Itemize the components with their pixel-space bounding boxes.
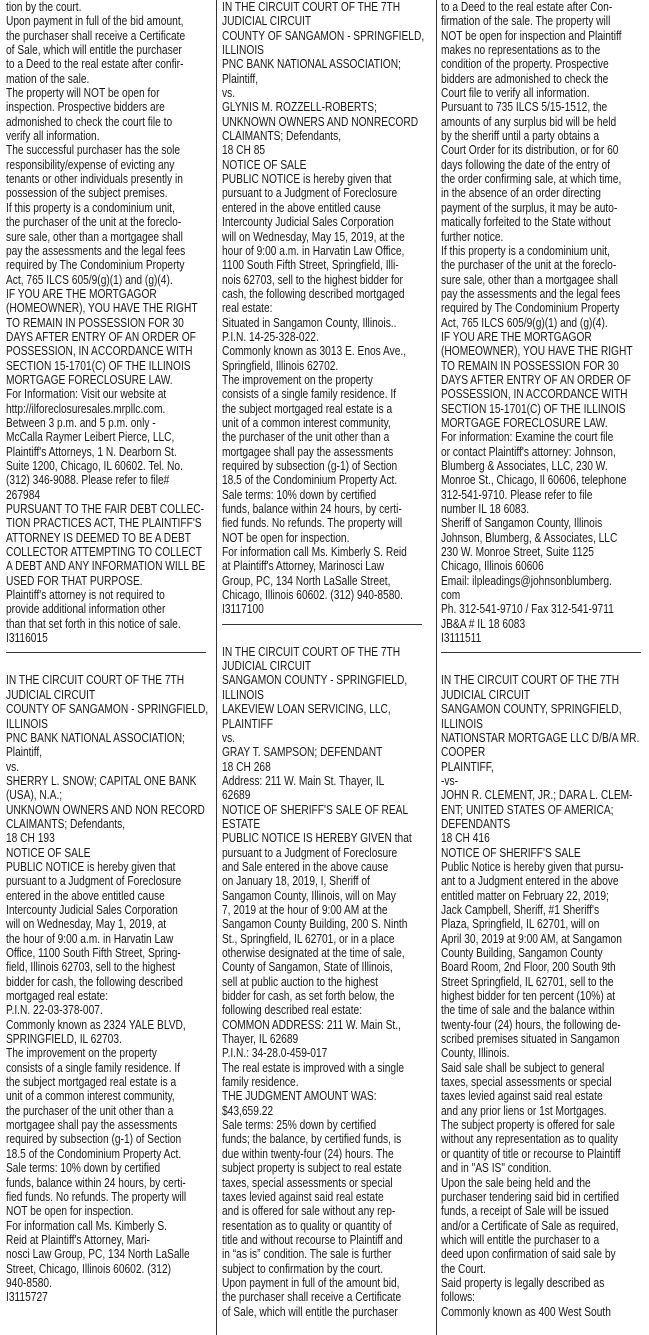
notice-text-line: PUBLIC NOTICE is hereby given that <box>222 172 425 186</box>
notice-text-line: Springfield, Illinois 62702. <box>222 359 425 373</box>
notice-text-line: ILLINOIS <box>222 43 425 57</box>
notice-text-line: fied funds. No refunds. The property wil… <box>6 1190 209 1204</box>
notice-text-line: Sale terms: 10% down by certified <box>222 488 425 502</box>
notice-text-line: Sangamon County, Illinois, will on May <box>222 889 425 903</box>
notice-text-line: THE JUDGMENT AMOUNT WAS: <box>222 1089 425 1103</box>
notice-text-line: JUDICIAL CIRCUIT <box>6 688 209 702</box>
notice-text-line: ant to a Judgment entered in the above <box>441 874 644 888</box>
notice-text-line: 312-541-9710. Please refer to file <box>441 488 644 502</box>
notice-text-line: mortgaged real estate: <box>6 989 209 1003</box>
column-2: IN THE CIRCUIT COURT OF THE 7THJUDICIAL … <box>222 0 428 1335</box>
notice-text-line: (HOMEOWNER), YOU HAVE THE RIGHT <box>441 344 644 358</box>
notice-text-line: If this property is a condominium unit, <box>6 201 209 215</box>
notice-text-line: funds; the balance, by certified funds, … <box>222 1132 425 1146</box>
notice-text-line: IF YOU ARE THE MORTGAGOR <box>441 330 644 344</box>
notice-text-line: firmation of the sale. The property will <box>441 14 644 28</box>
notice-text-line: mortgagee shall pay the assessments <box>6 1118 209 1132</box>
notice-text-line: Commonly known as 2324 YALE BLVD, <box>6 1018 209 1032</box>
notice-text-line: makes no representations as to the <box>441 43 644 57</box>
notice-text-line: admonished to check the court file to <box>6 115 209 129</box>
notice-text-line: taxes, special assessments or special <box>222 1176 425 1190</box>
notice-text-line: at Plaintiff's Attorney, Marinosci Law <box>222 559 425 573</box>
notice-text-line: County of Sangamon, State of Illinois, <box>222 960 425 974</box>
notice-text-line: IN THE CIRCUIT COURT OF THE 7TH <box>441 673 644 687</box>
legal-notices-page: tion by the court.Upon payment in full o… <box>0 0 649 1335</box>
notice-text-line: I3117100 <box>222 602 425 616</box>
notice-text-line: COLLECTOR ATTEMPTING TO COLLECT <box>6 545 209 559</box>
notice-text-line: taxes levied against said real estate <box>222 1190 425 1204</box>
notice-text-line: highest bidder for ten percent (10%) at <box>441 989 644 1003</box>
notice-text-line: Sheriff of Sangamon County, Illinois <box>441 516 644 530</box>
notice-text-line: Suite 1200, Chicago, IL 60602. Tel. No. <box>6 459 209 473</box>
notice-text-line: CLAIMANTS; Defendants, <box>6 817 209 831</box>
notice-text-line: 18 CH 416 <box>441 831 644 845</box>
notice-text-line: which will entitle the purchaser to a <box>441 1233 644 1247</box>
notice-text-line: (USA), N.A.; <box>6 788 209 802</box>
notice-text-line: CLAIMANTS; Defendants, <box>222 129 425 143</box>
notice-text-line: vs. <box>222 731 425 745</box>
notice-text-line: the order confirming sale, at which time… <box>441 172 644 186</box>
notice-text-line: taxes levied against said real estate <box>441 1089 644 1103</box>
notice-text-line: consists of a single family residence. I… <box>222 387 425 401</box>
notice-text-line: Upon payment in full of the amount bid, <box>222 1276 425 1290</box>
notice-text-line: http://ilforeclosuresales.mrpllc.com. <box>6 402 209 416</box>
notice-text-line: Street, Chicago, Illinois 60602. (312) <box>6 1262 209 1276</box>
notice-text-line: St., Springfield, IL 62701, or in a plac… <box>222 932 425 946</box>
notice-text-line: P.I.N. 22-03-378-007. <box>6 1003 209 1017</box>
notice-text-line: Plaintiff's attorney is not required to <box>6 588 209 602</box>
notice-text-line: mortgagee shall pay the assessments <box>222 445 425 459</box>
notice-text-line: JUDICIAL CIRCUIT <box>222 659 425 673</box>
notice-text-line: subject property is subject to real esta… <box>222 1161 425 1175</box>
notice-text-line: Commonly known as 3013 E. Enos Ave., <box>222 344 425 358</box>
notice-text-line: IF YOU ARE THE MORTGAGOR <box>6 287 209 301</box>
notice-text-line: matically forfeited to the State without <box>441 215 644 229</box>
notice-text-line: DAYS AFTER ENTRY OF AN ORDER OF <box>441 373 644 387</box>
notice-text-line: Blumberg & Associates, LLC, 230 W. <box>441 459 644 473</box>
notice-text-line: cash, the following described mortgaged <box>222 287 425 301</box>
notice-text-line: of Sale, which will entitle the purchase… <box>222 1305 425 1319</box>
notice-text-line: the purchaser of the unit at the foreclo… <box>6 215 209 229</box>
notice-text-line: Sale terms: 25% down by certified <box>222 1118 425 1132</box>
notice-text-line: or quantity of title or recourse to Plai… <box>441 1147 644 1161</box>
notice-separator-rule <box>6 652 206 653</box>
notice-text-line: 7, 2019 at the hour of 9:00 AM at the <box>222 903 425 917</box>
notice-text-line: IN THE CIRCUIT COURT OF THE 7TH <box>222 645 425 659</box>
notice-text-line: POSSESSION, IN ACCORDANCE WITH <box>441 387 644 401</box>
notice-text-line: by the sheriff until a party obtains a <box>441 129 644 143</box>
notice-text-line: provide additional information other <box>6 602 209 616</box>
notice-text-line: Jack Campbell, Sheriff, #1 Sheriff's <box>441 903 644 917</box>
notice-separator-rule <box>441 652 641 653</box>
notice-text-line: NOTICE OF SALE <box>6 846 209 860</box>
legal-notice: tion by the court.Upon payment in full o… <box>6 0 209 645</box>
notice-text-line: real estate: <box>222 301 425 315</box>
notice-text-line: nois 62703, sell to the highest bidder f… <box>222 273 425 287</box>
notice-text-line: title and without recourse to Plaintiff … <box>222 1233 425 1247</box>
notice-text-line: PUBLIC NOTICE IS HEREBY GIVEN that <box>222 831 425 845</box>
notice-text-line: the purchaser of the unit other than a <box>6 1104 209 1118</box>
notice-text-line: and/or a Certificate of Sale as required… <box>441 1219 644 1233</box>
notice-text-line: (HOMEOWNER), YOU HAVE THE RIGHT <box>6 301 209 315</box>
notice-text-line: Ph. 312-541-9710 / Fax 312-541-9711 <box>441 602 644 616</box>
notice-text-line: SPRINGFIELD, IL 62703. <box>6 1032 209 1046</box>
notice-text-line: The property will NOT be open for <box>6 86 209 100</box>
notice-text-line: NOTICE OF SHERIFF'S SALE <box>441 846 644 860</box>
notice-text-line: Sangamon County Building, 200 S. Ninth <box>222 917 425 931</box>
notice-text-line: PLAINTIFF <box>222 717 425 731</box>
legal-notice: IN THE CIRCUIT COURT OF THE 7THJUDICIAL … <box>441 673 644 1318</box>
notice-text-line: tenants or other individuals presently i… <box>6 172 209 186</box>
notice-text-line: the time of sale and the balance within <box>441 1003 644 1017</box>
notice-text-line: the purchaser shall receive a Certificat… <box>6 29 209 43</box>
notice-text-line: the hour of 9:00 a.m. in Harvatin Law <box>6 932 209 946</box>
notice-text-line: The improvement on the property <box>222 373 425 387</box>
notice-text-line: COUNTY OF SANGAMON - SPRINGFIELD, <box>6 702 209 716</box>
notice-text-line: funds, balance within 24 hours, by certi… <box>6 1176 209 1190</box>
notice-text-line: or contact Plaintiff's attorney: Johnson… <box>441 445 644 459</box>
notice-text-line: family residence. <box>222 1075 425 1089</box>
notice-text-line: For information call Ms. Kimberly S. Rei… <box>222 545 425 559</box>
notice-text-line: P.I.N. 14-25-328-022. <box>222 330 425 344</box>
notice-text-line: Monroe St., Chicago, Il 60606, telephone <box>441 473 644 487</box>
notice-text-line: Johnson, Blumberg, & Associates, LLC <box>441 531 644 545</box>
notice-text-line: ILLINOIS <box>6 717 209 731</box>
notice-text-line: The improvement on the property <box>6 1046 209 1060</box>
notice-text-line: Sale terms: 10% down by certified <box>6 1161 209 1175</box>
notice-text-line: mation of the sale. <box>6 72 209 86</box>
notice-text-line: 18 CH 268 <box>222 760 425 774</box>
notice-text-line: Chicago, Illinois 60606 <box>441 559 644 573</box>
notice-text-line: PLAINTIFF, <box>441 760 644 774</box>
notice-text-line: JOHN R. CLEMENT, JR.; DARA L. CLEM- <box>441 788 644 802</box>
notice-text-line: UNKNOWN OWNERS AND NONRECORD <box>222 115 425 129</box>
notice-text-line: $43,659.22 <box>222 1104 425 1118</box>
notice-text-line: vs. <box>222 86 425 100</box>
notice-text-line: pursuant to a Judgment of Foreclosure <box>222 846 425 860</box>
notice-text-line: consists of a single family residence. I… <box>6 1061 209 1075</box>
notice-text-line: follows: <box>441 1290 644 1304</box>
notice-text-line: PNC BANK NATIONAL ASSOCIATION; <box>6 731 209 745</box>
notice-text-line: and in "AS IS" condition. <box>441 1161 644 1175</box>
notice-text-line: Group, PC, 134 North LaSalle Street, <box>222 574 425 588</box>
notice-text-line: If this property is a condominium unit, <box>441 244 644 258</box>
notice-text-line: will on Wednesday, May 15, 2019, at the <box>222 230 425 244</box>
notice-text-line: SECTION 15-1701(C) OF THE ILLINOIS <box>441 402 644 416</box>
notice-text-line: JUDICIAL CIRCUIT <box>441 688 644 702</box>
notice-text-line: SANGAMON COUNTY, SPRINGFIELD, <box>441 702 644 716</box>
notice-text-line: PURSUANT TO THE FAIR DEBT COLLEC- <box>6 502 209 516</box>
notice-text-line: I3111511 <box>441 631 644 645</box>
notice-text-line: Said property is legally described as <box>441 1276 644 1290</box>
notice-text-line: UNKNOWN OWNERS AND NON RECORD <box>6 803 209 817</box>
notice-text-line: fied funds. No refunds. The property wil… <box>222 516 425 530</box>
notice-text-line: Commonly known as 400 West South <box>441 1305 644 1319</box>
notice-text-line: April 30, 2019 at 9:00 AM, at Sangamon <box>441 932 644 946</box>
notice-text-line: I3116015 <box>6 631 209 645</box>
notice-text-line: 267984 <box>6 488 209 502</box>
notice-text-line: Situated in Sangamon County, Illinois.. <box>222 316 425 330</box>
notice-text-line: deed upon confirmation of said sale by <box>441 1247 644 1261</box>
notice-text-line: possession of the subject premises. <box>6 186 209 200</box>
notice-text-line: required by subsection (g-1) of Section <box>6 1132 209 1146</box>
notice-text-line: 18 CH 85 <box>222 143 425 157</box>
notice-text-line: amounts of any surplus bid will be held <box>441 115 644 129</box>
notice-text-line: -vs- <box>441 774 644 788</box>
notice-text-line: funds, balance within 24 hours, by certi… <box>222 502 425 516</box>
notice-text-line: entered in the above entitled cause <box>6 889 209 903</box>
notice-text-line: COUNTY OF SANGAMON - SPRINGFIELD, <box>222 29 425 43</box>
notice-text-line: unit of a common interest community, <box>6 1089 209 1103</box>
notice-text-line: Said sale shall be subject to general <box>441 1061 644 1075</box>
notice-text-line: Thayer, IL 62689 <box>222 1032 425 1046</box>
notice-text-line: MORTGAGE FORECLOSURE LAW. <box>6 373 209 387</box>
notice-text-line: the purchaser of the unit at the foreclo… <box>441 258 644 272</box>
notice-text-line: IN THE CIRCUIT COURT OF THE 7TH <box>222 0 425 14</box>
notice-text-line: LAKEVIEW LOAN SERVICING, LLC, <box>222 702 425 716</box>
notice-text-line: The real estate is improved with a singl… <box>222 1061 425 1075</box>
notice-text-line: Court file to verify all information. <box>441 86 644 100</box>
notice-text-line: Plaza, Springfield, IL 62701, will on <box>441 917 644 931</box>
notice-text-line: without any representation as to quality <box>441 1132 644 1146</box>
notice-text-line: com <box>441 588 644 602</box>
column-3-content: to a Deed to the real estate after Con-f… <box>441 0 644 1319</box>
notice-text-line: bidder for cash, as set forth below, the <box>222 989 425 1003</box>
notice-text-line: McCalla Raymer Leibert Pierce, LLC, <box>6 430 209 444</box>
notice-text-line: SANGAMON COUNTY - SPRINGFIELD, <box>222 673 425 687</box>
notice-text-line: the purchaser of the unit other than a <box>222 430 425 444</box>
notice-text-line: in “as is” condition. The sale is furthe… <box>222 1247 425 1261</box>
notice-text-line: will on Wednesday, May 1, 2019, at <box>6 917 209 931</box>
notice-text-line: Chicago, Illinois 60602. (312) 940-8580. <box>222 588 425 602</box>
legal-notice: IN THE CIRCUIT COURT OF THE 7THJUDICIAL … <box>222 645 425 1319</box>
notice-text-line: on January 18, 2019, I, Sheriff of <box>222 874 425 888</box>
notice-text-line: Upon the sale being held and the <box>441 1176 644 1190</box>
notice-text-line: and Sale entered in the above cause <box>222 860 425 874</box>
column-divider <box>436 0 437 1335</box>
notice-text-line: Intercounty Judicial Sales Corporation <box>6 903 209 917</box>
notice-text-line: responsibility/expense of evicting any <box>6 158 209 172</box>
notice-text-line: ATTORNEY IS DEEMED TO BE A DEBT <box>6 531 209 545</box>
notice-text-line: COOPER <box>441 745 644 759</box>
notice-text-line: the subject mortgaged real estate is a <box>222 402 425 416</box>
notice-text-line: Between 3 p.m. and 5 p.m. only - <box>6 416 209 430</box>
notice-text-line: NOT be open for inspection. <box>222 531 425 545</box>
notice-text-line: Pursuant to 735 ILCS 5/15-1512, the <box>441 100 644 114</box>
notice-text-line: funds, a receipt of Sale will be issued <box>441 1204 644 1218</box>
notice-text-line: pay the assessments and the legal fees <box>441 287 644 301</box>
column-3: to a Deed to the real estate after Con-f… <box>441 0 646 1335</box>
notice-text-line: DEFENDANTS <box>441 817 644 831</box>
notice-text-line: verify all information. <box>6 129 209 143</box>
notice-text-line: NOTICE OF SALE <box>222 158 425 172</box>
notice-text-line: TION PRACTICES ACT, THE PLAINTIFF'S <box>6 516 209 530</box>
notice-text-line: the Court. <box>441 1262 644 1276</box>
notice-text-line: inspection. Prospective bidders are <box>6 100 209 114</box>
column-2-content: IN THE CIRCUIT COURT OF THE 7THJUDICIAL … <box>222 0 425 1319</box>
notice-text-line: resentation as to quality or quantity of <box>222 1219 425 1233</box>
notice-text-line: County, Illinois. <box>441 1046 644 1060</box>
notice-text-line: required by The Condominium Property <box>6 258 209 272</box>
notice-text-line: PNC BANK NATIONAL ASSOCIATION; <box>222 57 425 71</box>
notice-text-line: PUBLIC NOTICE is hereby given that <box>6 860 209 874</box>
notice-text-line: payment of the surplus, it may be auto- <box>441 201 644 215</box>
notice-text-line: 18 CH 193 <box>6 831 209 845</box>
notice-text-line: Court Order for its distribution, or for… <box>441 143 644 157</box>
notice-text-line: Office, 1100 South Fifth Street, Spring- <box>6 946 209 960</box>
notice-text-line: otherwise designated at the time of sale… <box>222 946 425 960</box>
notice-text-line: following described real estate: <box>222 1003 425 1017</box>
notice-text-line: taxes, special assessments or special <box>441 1075 644 1089</box>
notice-text-line: TO REMAIN IN POSSESSION FOR 30 <box>441 359 644 373</box>
notice-text-line: NOT be open for inspection. <box>6 1204 209 1218</box>
notice-text-line: and any prior liens or 1st Mortgages. <box>441 1104 644 1118</box>
notice-text-line: DAYS AFTER ENTRY OF AN ORDER OF <box>6 330 209 344</box>
notice-text-line: to a Deed to the real estate after Con- <box>441 0 644 14</box>
notice-text-line: sell at public auction to the highest <box>222 975 425 989</box>
column-1-content: tion by the court.Upon payment in full o… <box>6 0 209 1305</box>
legal-notice: IN THE CIRCUIT COURT OF THE 7THJUDICIAL … <box>222 0 425 617</box>
notice-text-line: sure sale, other than a mortgagee shall <box>441 273 644 287</box>
notice-text-line: subject to confirmation by the court. <box>222 1262 425 1276</box>
notice-text-line: TO REMAIN IN POSSESSION FOR 30 <box>6 316 209 330</box>
notice-text-line: County Building, Sangamon County <box>441 946 644 960</box>
notice-text-line: P.I.N.: 34-28.0-459-017 <box>222 1046 425 1060</box>
notice-text-line: GRAY T. SAMPSON; DEFENDANT <box>222 745 425 759</box>
notice-text-line: in the absence of an order directing <box>441 186 644 200</box>
notice-text-line: and is offered for sale without any rep- <box>222 1204 425 1218</box>
notice-text-line: entered in the above entitled cause <box>222 201 425 215</box>
notice-text-line: POSSESSION, IN ACCORDANCE WITH <box>6 344 209 358</box>
notice-text-line: MORTGAGE FORECLOSURE LAW. <box>441 416 644 430</box>
notice-text-line: unit of a common interest community, <box>222 416 425 430</box>
notice-text-line: ESTATE <box>222 817 425 831</box>
notice-text-line: 62689 <box>222 788 425 802</box>
notice-text-line: twenty-four (24) hours, the following de… <box>441 1018 644 1032</box>
notice-text-line: SECTION 15-1701(C) OF THE ILLINOIS <box>6 359 209 373</box>
notice-text-line: NOT be open for inspection and Plaintiff <box>441 29 644 43</box>
notice-text-line: hour of 9:00 a.m. in Harvatin Law Office… <box>222 244 425 258</box>
notice-text-line: required by The Condominium Property <box>441 301 644 315</box>
notice-text-line: pursuant to a Judgment of Foreclosure <box>222 186 425 200</box>
notice-text-line: entitled matter on February 22, 2019; <box>441 889 644 903</box>
notice-text-line: 18.5 of the Condominium Property Act. <box>6 1147 209 1161</box>
notice-text-line: pursuant to a Judgment of Foreclosure <box>6 874 209 888</box>
notice-text-line: due within twenty-four (24) hours. The <box>222 1147 425 1161</box>
column-1: tion by the court.Upon payment in full o… <box>6 0 209 1335</box>
notice-text-line: vs. <box>6 760 209 774</box>
notice-text-line: COMMON ADDRESS: 211 W. Main St., <box>222 1018 425 1032</box>
notice-separator-rule <box>222 624 422 625</box>
notice-text-line: I3115727 <box>6 1290 209 1304</box>
notice-text-line: Reid at Plaintiff's Attorney, Mari- <box>6 1233 209 1247</box>
notice-text-line: required by subsection (g-1) of Section <box>222 459 425 473</box>
notice-text-line: JUDICIAL CIRCUIT <box>222 14 425 28</box>
notice-text-line: number IL 18 6083. <box>441 502 644 516</box>
notice-text-line: sure sale, other than a mortgagee shall <box>6 230 209 244</box>
notice-text-line: of Sale, which will entitle the purchase… <box>6 43 209 57</box>
notice-text-line: Address: 211 W. Main St. Thayer, IL <box>222 774 425 788</box>
notice-text-line: Plaintiff, <box>6 745 209 759</box>
column-divider <box>216 0 217 1335</box>
notice-text-line: SHERRY L. SNOW; CAPITAL ONE BANK <box>6 774 209 788</box>
notice-text-line: purchaser tendering said bid in certifie… <box>441 1190 644 1204</box>
notice-text-line: Plaintiff, <box>222 72 425 86</box>
notice-text-line: scribed premises situated in Sangamon <box>441 1032 644 1046</box>
notice-text-line: Plaintiff's Attorneys, 1 N. Dearborn St. <box>6 445 209 459</box>
notice-text-line: For information call Ms. Kimberly S. <box>6 1219 209 1233</box>
notice-text-line: For information: Examine the court file <box>441 430 644 444</box>
notice-text-line: USED FOR THAT PURPOSE. <box>6 574 209 588</box>
notice-text-line: The successful purchaser has the sole <box>6 143 209 157</box>
notice-text-line: NOTICE OF SHERIFF'S SALE OF REAL <box>222 803 425 817</box>
notice-text-line: ENT; UNITED STATES OF AMERICA; <box>441 803 644 817</box>
notice-text-line: Public Notice is hereby given that pursu… <box>441 860 644 874</box>
notice-text-line: JB&A # IL 18 6083 <box>441 617 644 631</box>
notice-text-line: Act, 765 ILCS 605/9(g)(1) and (g)(4). <box>441 316 644 330</box>
notice-text-line: bidders are admonished to check the <box>441 72 644 86</box>
notice-text-line: A DEBT AND ANY INFORMATION WILL BE <box>6 559 209 573</box>
legal-notice: to a Deed to the real estate after Con-f… <box>441 0 644 645</box>
notice-text-line: (312) 346-9088. Please refer to file# <box>6 473 209 487</box>
notice-text-line: 230 W. Monroe Street, Suite 1125 <box>441 545 644 559</box>
notice-text-line: Intercounty Judicial Sales Corporation <box>222 215 425 229</box>
notice-text-line: bidder for cash, the following described <box>6 975 209 989</box>
notice-text-line: ILLINOIS <box>222 688 425 702</box>
notice-text-line: Board Room, 2nd Floor, 200 South 9th <box>441 960 644 974</box>
notice-text-line: GLYNIS M. ROZZELL-ROBERTS; <box>222 100 425 114</box>
notice-text-line: condition of the property. Prospective <box>441 57 644 71</box>
notice-text-line: 940-8580. <box>6 1276 209 1290</box>
notice-text-line: nosci Law Group, PC, 134 North LaSalle <box>6 1247 209 1261</box>
notice-text-line: Act, 765 ILCS 605/9(g)(1) and (g)(4). <box>6 273 209 287</box>
notice-text-line: NATIONSTAR MORTGAGE LLC D/B/A MR. <box>441 731 644 745</box>
notice-text-line: further notice. <box>441 230 644 244</box>
notice-text-line: IN THE CIRCUIT COURT OF THE 7TH <box>6 673 209 687</box>
notice-text-line: the purchaser shall receive a Certificat… <box>222 1290 425 1304</box>
notice-text-line: days following the date of the entry of <box>441 158 644 172</box>
notice-text-line: than that set forth in this notice of sa… <box>6 617 209 631</box>
notice-text-line: Upon payment in full of the bid amount, <box>6 14 209 28</box>
legal-notice: IN THE CIRCUIT COURT OF THE 7THJUDICIAL … <box>6 673 209 1304</box>
notice-text-line: Email: ilpleadings@johnsonblumberg. <box>441 574 644 588</box>
notice-text-line: ILLINOIS <box>441 717 644 731</box>
notice-text-line: The subject property is offered for sale <box>441 1118 644 1132</box>
notice-text-line: pay the assessments and the legal fees <box>6 244 209 258</box>
notice-text-line: field, Illinois 62703, sell to the highe… <box>6 960 209 974</box>
notice-text-line: For Information: Visit our website at <box>6 387 209 401</box>
notice-text-line: tion by the court. <box>6 0 209 14</box>
notice-text-line: 1100 South Fifth Street, Springfield, Il… <box>222 258 425 272</box>
notice-text-line: Street Springfield, IL 62701, sell to th… <box>441 975 644 989</box>
notice-text-line: the subject mortgaged real estate is a <box>6 1075 209 1089</box>
notice-text-line: to a Deed to the real estate after confi… <box>6 57 209 71</box>
notice-text-line: 18.5 of the Condominium Property Act. <box>222 473 425 487</box>
